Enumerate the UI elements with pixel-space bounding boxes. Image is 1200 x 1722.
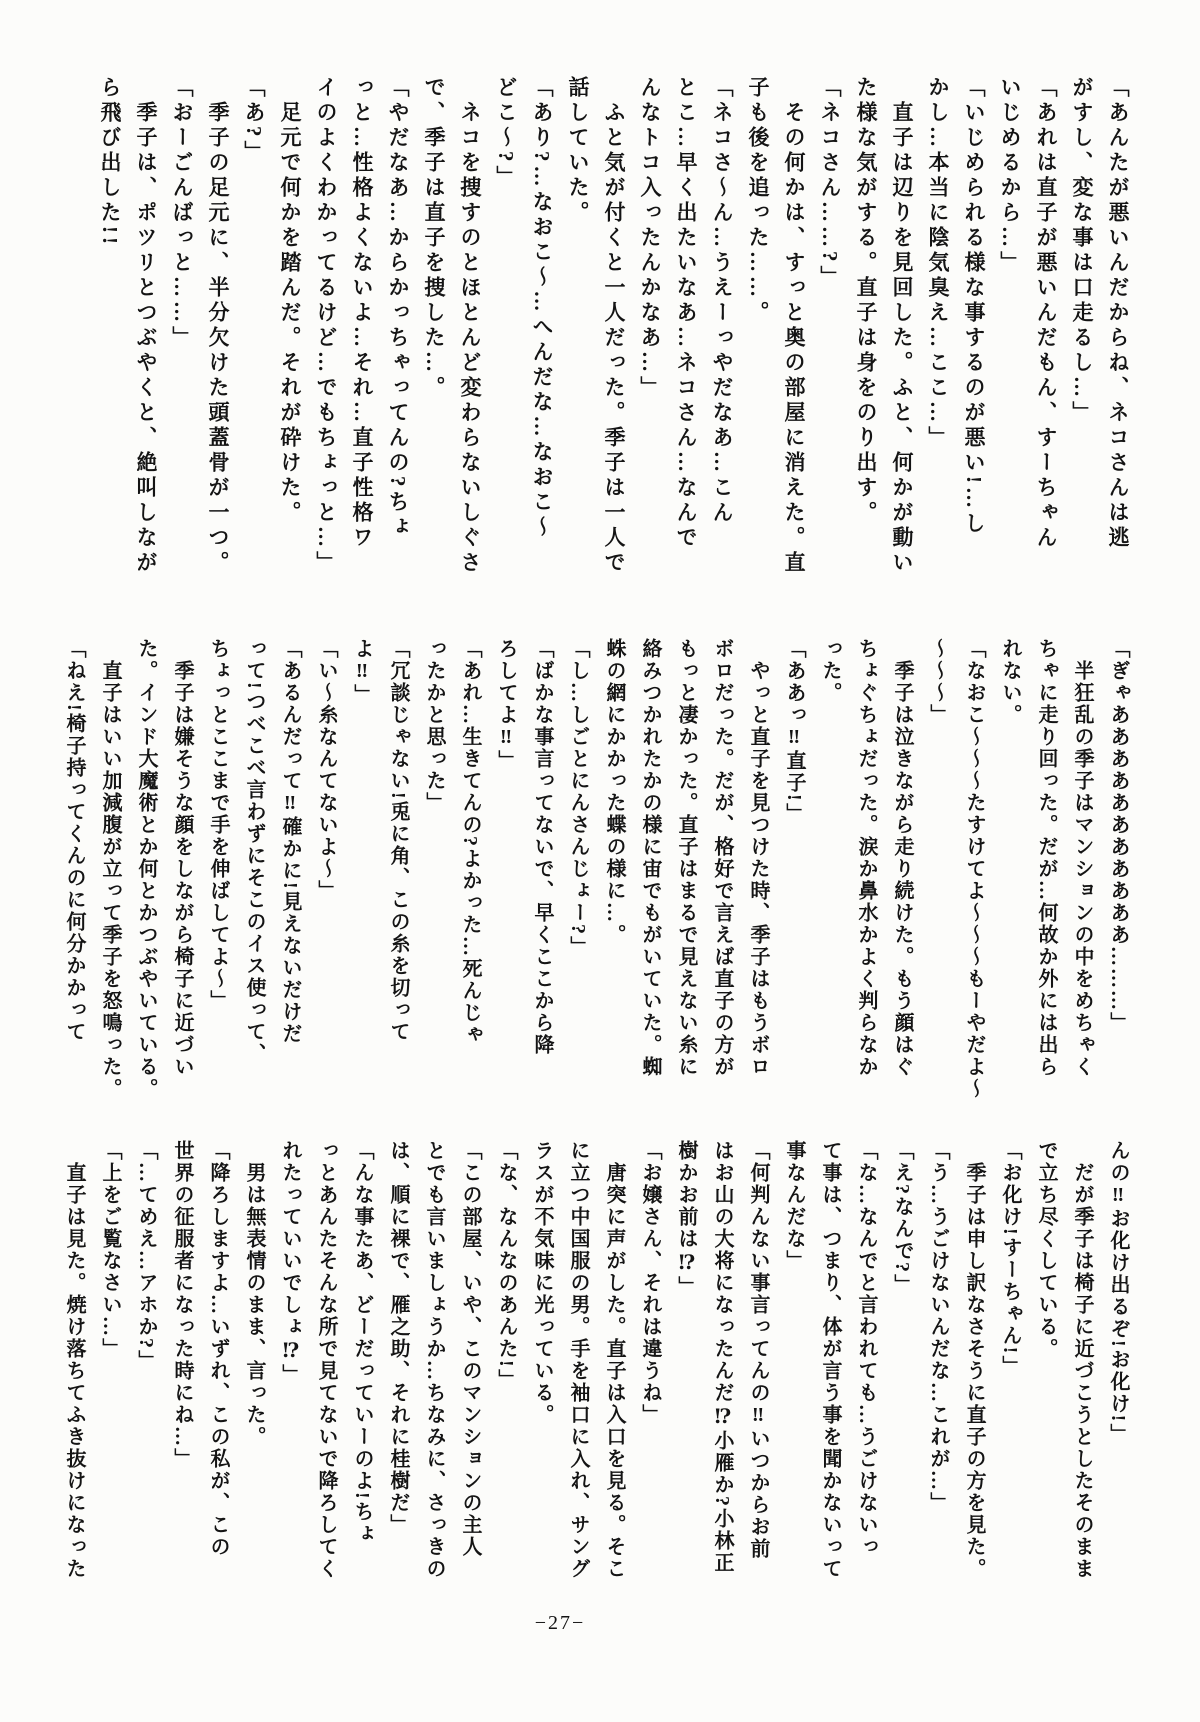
text-line: 半狂乱の季子はマンションの中をめちゃく	[1064, 638, 1100, 1108]
text-line: った。	[812, 638, 848, 1108]
text-line: はお山の大将になったんだ⁉小雁か?小林正	[704, 1140, 740, 1610]
text-line: 季子の足元に、半分欠けた頭蓋骨が一つ。	[200, 76, 236, 581]
text-line: ネコを捜すのとほとんど変わらないしぐさ	[452, 76, 488, 581]
text-line: んの‼お化け出るぞ!お化け!」	[1100, 1140, 1136, 1610]
text-line: ラスが不気味に光っている。	[524, 1140, 560, 1610]
text-line: 「ぎゃあああああああああああ………」	[1100, 638, 1136, 1108]
text-line: 「何判んない事言ってんの‼いつからお前	[740, 1140, 776, 1610]
text-line: 直子は辺りを見回した。ふと、何かが動い	[884, 76, 920, 581]
text-line: 「この部屋、いや、このマンションの主人	[452, 1140, 488, 1610]
text-line: 「お化け!すーちゃん!」	[992, 1140, 1028, 1610]
text-line: 〜〜〜」	[920, 638, 956, 1108]
text-line: 「ネコさん……?」	[812, 76, 848, 581]
text-line: 「な、なんなのあんた!」	[488, 1140, 524, 1610]
text-line: 「あるんだって‼確かに!見えないだけだ	[272, 638, 308, 1108]
text-line: た。インド大魔術とか何とかつぶやいている。	[128, 638, 164, 1108]
text-line: 話していた。	[560, 76, 596, 581]
text-line: 「し…しごとにんさんじょー?」	[560, 638, 596, 1108]
text-block-middle: 「ぎゃあああああああああああ………」 半狂乱の季子はマンションの中をめちゃくちゃ…	[56, 638, 1136, 1108]
text-line: 「あり?…なおこ〜…へんだな…なおこ〜	[524, 76, 560, 581]
text-line: 足元で何かを踏んだ。それが砕けた。	[272, 76, 308, 581]
text-line: やっと直子を見つけた時、季子はもうボロ	[740, 638, 776, 1108]
text-line: 「ああっ‼直子!」	[776, 638, 812, 1108]
text-line: んなトコ入ったんかなあ…」	[632, 76, 668, 581]
text-line: かし…本当に陰気臭え…ここ…」	[920, 76, 956, 581]
text-line: た様な気がする。直子は身をのり出す。	[848, 76, 884, 581]
text-line: もっと凄かった。直子はまるで見えない糸に	[668, 638, 704, 1108]
text-line: 「ねえ!椅子持ってくんのに何分かかって	[56, 638, 92, 1108]
text-line: 季子は、ポツリとつぶやくと、絶叫しなが	[128, 76, 164, 581]
text-line: イのよくわかってるけど…でもちょっと…」	[308, 76, 344, 581]
text-line: がすし、変な事は口走るし…」	[1064, 76, 1100, 581]
text-block-top: 「あんたが悪いんだからね、ネコさんは逃がすし、変な事は口走るし…」「あれは直子が…	[92, 76, 1136, 581]
text-line: っと…性格よくないよ…それ…直子性格ワ	[344, 76, 380, 581]
text-line: とでも言いましょうか…ちなみに、さっきの	[416, 1140, 452, 1610]
text-line: ちょぐちょだった。涙か鼻水かよく判らなか	[848, 638, 884, 1108]
text-line: ちゃに走り回った。だが…何故か外には出ら	[1028, 638, 1064, 1108]
text-line: よ‼」	[344, 638, 380, 1108]
text-line: ちょっとここまで手を伸ばしてよ〜」	[200, 638, 236, 1108]
text-line: 「あれは直子が悪いんだもん、すーちゃん	[1028, 76, 1064, 581]
text-line: 「やだなあ…からかっちゃってんの?ちょ	[380, 76, 416, 581]
text-line: 「え?なんで?」	[884, 1140, 920, 1610]
text-line: 「あんたが悪いんだからね、ネコさんは逃	[1100, 76, 1136, 581]
text-line: ふと気が付くと一人だった。季子は一人で	[596, 76, 632, 581]
text-line: は、順に裸で、雁之助、それに桂樹だ」	[380, 1140, 416, 1610]
page-number: −27−	[460, 1612, 660, 1635]
text-line: って!つべこべ言わずにそこのイス使って、	[236, 638, 272, 1108]
text-line: 「おーごんばっと……」	[164, 76, 200, 581]
text-line: れたっていいでしょ⁉」	[272, 1140, 308, 1610]
text-line: っとあんたそんな所で見てないで降ろしてく	[308, 1140, 344, 1610]
text-line: どこ〜?」	[488, 76, 524, 581]
text-line: いじめるから…」	[992, 76, 1028, 581]
text-line: とこ…早く出たいなあ…ネコさん…なんで	[668, 76, 704, 581]
text-line: 直子は見た。焼け落ちてふき抜けになった	[56, 1140, 92, 1610]
text-line: で立ち尽くしている。	[1028, 1140, 1064, 1610]
text-line: 「ネコさ〜ん…うえーっやだなあ…こん	[704, 76, 740, 581]
text-line: 直子はいい加減腹が立って季子を怒鳴った。	[92, 638, 128, 1108]
text-line: 唐突に声がした。直子は入口を見る。そこ	[596, 1140, 632, 1610]
text-line: 「ばかな事言ってないで、早くここから降	[524, 638, 560, 1108]
text-line: で、季子は直子を捜した…。	[416, 76, 452, 581]
text-line: 「あれ…生きてんの?よかった…死んじゃ	[452, 638, 488, 1108]
text-line: 「な…なんでと言われても…うごけないっ	[848, 1140, 884, 1610]
text-line: だが季子は椅子に近づこうとしたそのまま	[1064, 1140, 1100, 1610]
text-block-bottom: んの‼お化け出るぞ!お化け!」 だが季子は椅子に近づこうとしたそのままで立ち尽く…	[56, 1140, 1136, 1610]
text-line: 男は無表情のまま、言った。	[236, 1140, 272, 1610]
text-line: 「い〜糸なんてないよ〜」	[308, 638, 344, 1108]
text-line: ボロだった。だが、格好で言えば直子の方が	[704, 638, 740, 1108]
text-line: ろしてよ‼」	[488, 638, 524, 1108]
text-line: 「んな事たあ、どーだっていーのよ!ちょ	[344, 1140, 380, 1610]
text-line: 子も後を追った……。	[740, 76, 776, 581]
text-line: に立つ中国服の男。手を袖口に入れ、サング	[560, 1140, 596, 1610]
text-line: 樹かお前は⁉」	[668, 1140, 704, 1610]
text-line: 「降ろしますよ…いずれ、この私が、この	[200, 1140, 236, 1610]
text-line: 世界の征服者になった時にね…」	[164, 1140, 200, 1610]
text-line: 「なおこ〜〜〜たすけてよ〜〜〜もーやだよ〜	[956, 638, 992, 1108]
text-line: て事は、つまり、体が言う事を聞かないって	[812, 1140, 848, 1610]
text-line: 「上をご覧なさい…」	[92, 1140, 128, 1610]
text-line: 絡みつかれたかの様に宙でもがいていた。蜘	[632, 638, 668, 1108]
text-line: ら飛び出した!!	[92, 76, 128, 581]
text-line: 「お嬢さん、それは違うね」	[632, 1140, 668, 1610]
text-line: 季子は嫌そうな顔をしながら椅子に近づい	[164, 638, 200, 1108]
scanned-novel-page: 「あんたが悪いんだからね、ネコさんは逃がすし、変な事は口走るし…」「あれは直子が…	[0, 0, 1200, 1722]
text-line: 「いじめられる様な事するのが悪い!…し	[956, 76, 992, 581]
text-line: 「…てめえ…アホか?」	[128, 1140, 164, 1610]
text-line: その何かは、すっと奥の部屋に消えた。直	[776, 76, 812, 581]
text-line: 「う…うごけないんだな…これが…」	[920, 1140, 956, 1610]
text-line: 「あ?」	[236, 76, 272, 581]
text-line: ったかと思った」	[416, 638, 452, 1108]
text-line: 季子は申し訳なさそうに直子の方を見た。	[956, 1140, 992, 1610]
text-line: れない。	[992, 638, 1028, 1108]
text-line: 季子は泣きながら走り続けた。もう顔はぐ	[884, 638, 920, 1108]
text-line: 「冗談じゃない!兎に角、この糸を切って	[380, 638, 416, 1108]
text-line: 蛛の網にかかった蝶の様に…。	[596, 638, 632, 1108]
text-line: 事なんだな」	[776, 1140, 812, 1610]
